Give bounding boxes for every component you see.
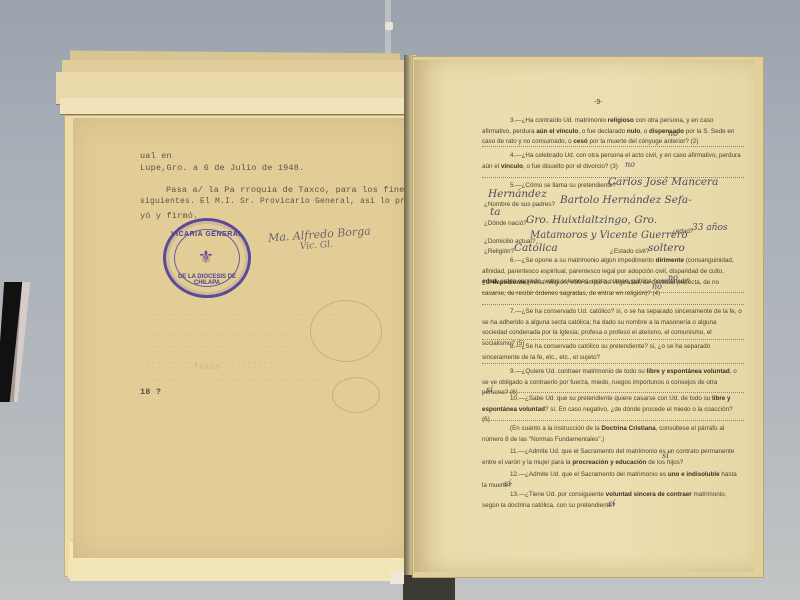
answer-padres-2: ta bbox=[490, 206, 500, 218]
answer-line bbox=[482, 363, 744, 364]
answer-line bbox=[482, 339, 744, 340]
answer-11: sí bbox=[662, 451, 669, 460]
question-6-sub-text: ¿O impediente (mixta religión, voto simp… bbox=[482, 279, 719, 297]
answer-4: no bbox=[625, 160, 635, 169]
faint-line: ·· ··········· ·· ······ ·· ······· bbox=[146, 387, 332, 397]
label-nacio: ¿Dónde nació? bbox=[484, 220, 527, 227]
question-4-text: 4.—¿Ha celebrado Ud. con otra persona el… bbox=[482, 152, 741, 170]
ghost-stamp-impression bbox=[310, 300, 382, 362]
binding-cloth bbox=[403, 575, 455, 600]
faint-line: · · · · Taxco ······ ·· ···. bbox=[146, 362, 305, 372]
question-4: 4.—¿Ha celebrado Ud. con otra persona el… bbox=[482, 151, 742, 172]
faint-line: ········ ·· ··· ····· ·· ········· ···· bbox=[146, 375, 353, 385]
typed-body-3: yó y firmó. bbox=[140, 211, 198, 221]
question-6-sub: ¿O impediente (mixta religión, voto simp… bbox=[482, 278, 742, 299]
page-number: -9- bbox=[594, 99, 603, 106]
answer-line bbox=[482, 392, 744, 393]
vicaria-general-stamp: VICARIA GENERAL ⚜ DE LA DIOCESIS DE CHIL… bbox=[163, 218, 251, 298]
answer-12: sí bbox=[504, 479, 511, 488]
bleed-through-text: ······· · bbox=[425, 270, 443, 276]
label-religion: ¿Religión? bbox=[484, 248, 514, 255]
typed-header-1: ual en bbox=[140, 151, 172, 161]
instruction-note: (En cuanto a la instrucción de la Doctri… bbox=[482, 424, 742, 445]
bleed-through-text: ······ bbox=[425, 215, 437, 221]
paper-tag bbox=[390, 572, 404, 584]
question-12-text: 12.—¿Admite Ud. que el Sacramento del ma… bbox=[482, 471, 737, 489]
photo-scene: ual en Lupe,Gro. a 6 de Julio de 1948. P… bbox=[0, 0, 800, 600]
page-bottom-edge bbox=[68, 560, 408, 578]
answer-line bbox=[482, 304, 744, 305]
question-11: 11.—¿Admite Ud. que el Sacramento del ma… bbox=[482, 447, 742, 468]
instruction-note-text: (En cuanto a la instrucción de la Doctri… bbox=[482, 425, 724, 443]
question-8: 8.—¿Se ha conservado católico su pretend… bbox=[482, 342, 742, 363]
answer-religion: Católica bbox=[514, 242, 558, 254]
question-13-text: 13.—¿Tiene Ud. por consiguiente voluntad… bbox=[482, 491, 726, 509]
stamp-text-top: VICARIA GENERAL bbox=[166, 231, 248, 238]
question-3-text: 3.—¿Ha contraído Ud. matrimonio religios… bbox=[482, 117, 734, 145]
answer-line bbox=[482, 420, 744, 421]
answer-13: sí bbox=[608, 499, 615, 508]
answer-6-sub: no bbox=[652, 282, 662, 291]
answer-pretendiente-2: Hernández bbox=[488, 188, 547, 200]
label-estado-civil: ¿Estado civil? bbox=[610, 248, 649, 255]
question-7-text: 7.—¿Se ha conservado Ud. católico? si, o… bbox=[482, 308, 742, 347]
answer-domicilio: Matamoros y Vicente Guerrero bbox=[530, 230, 688, 241]
bleed-through-text: ········ ···· bbox=[425, 120, 451, 126]
stamp-text-bottom: DE LA DIOCESIS DE CHILAPA bbox=[166, 274, 248, 286]
stamp-emblem-icon: ⚜ bbox=[194, 245, 218, 269]
answer-nacio: Gro. Huixtlaltzingo, Gro. bbox=[526, 214, 657, 226]
answer-3: no bbox=[668, 129, 678, 138]
question-10-text: 10.—¿Sabe Ud. que su pretendiente quiere… bbox=[482, 395, 733, 423]
answer-estado-civil: soltero bbox=[648, 242, 685, 254]
page-stack-edge bbox=[60, 98, 405, 115]
answer-padres: Bartolo Hernández Sefa- bbox=[560, 194, 692, 206]
bleed-through-text: ········ ·· bbox=[425, 130, 447, 136]
question-12: 12.—¿Admite Ud. que el Sacramento del ma… bbox=[482, 470, 742, 491]
bleed-through-text: ······ · bbox=[425, 150, 441, 156]
answer-pretendiente: Carlos José Mancera bbox=[608, 176, 718, 188]
typed-date-line: Lupe,Gro. a 6 de Julio de 1948. bbox=[140, 163, 304, 173]
margin-mark: 18 ? bbox=[140, 387, 161, 397]
answer-edad: 33 años bbox=[692, 223, 728, 233]
answer-line bbox=[482, 146, 744, 147]
question-11-text: 11.—¿Admite Ud. que el Sacramento del ma… bbox=[482, 448, 734, 466]
faint-line: ··· ············ ·· ········· ·· bbox=[146, 342, 316, 352]
question-8-text: 8.—¿Se ha conservado católico su pretend… bbox=[482, 343, 710, 361]
faint-line: ··· ·············· ·· ····· bbox=[146, 330, 289, 340]
bleed-through-text: ······ ··· bbox=[425, 360, 445, 366]
pin bbox=[385, 22, 393, 30]
question-3: 3.—¿Ha contraído Ud. matrimonio religios… bbox=[482, 116, 742, 148]
ghost-stamp-impression bbox=[332, 377, 380, 413]
faint-line: ····· ········ · ······ ····· ···. bbox=[146, 400, 326, 410]
typed-body-1: Pasa a/ la Pa rroquia de Taxco, para los… bbox=[166, 185, 436, 195]
typed-body-2: siguientes. El M.I. Sr. Provicario Gener… bbox=[140, 197, 425, 206]
